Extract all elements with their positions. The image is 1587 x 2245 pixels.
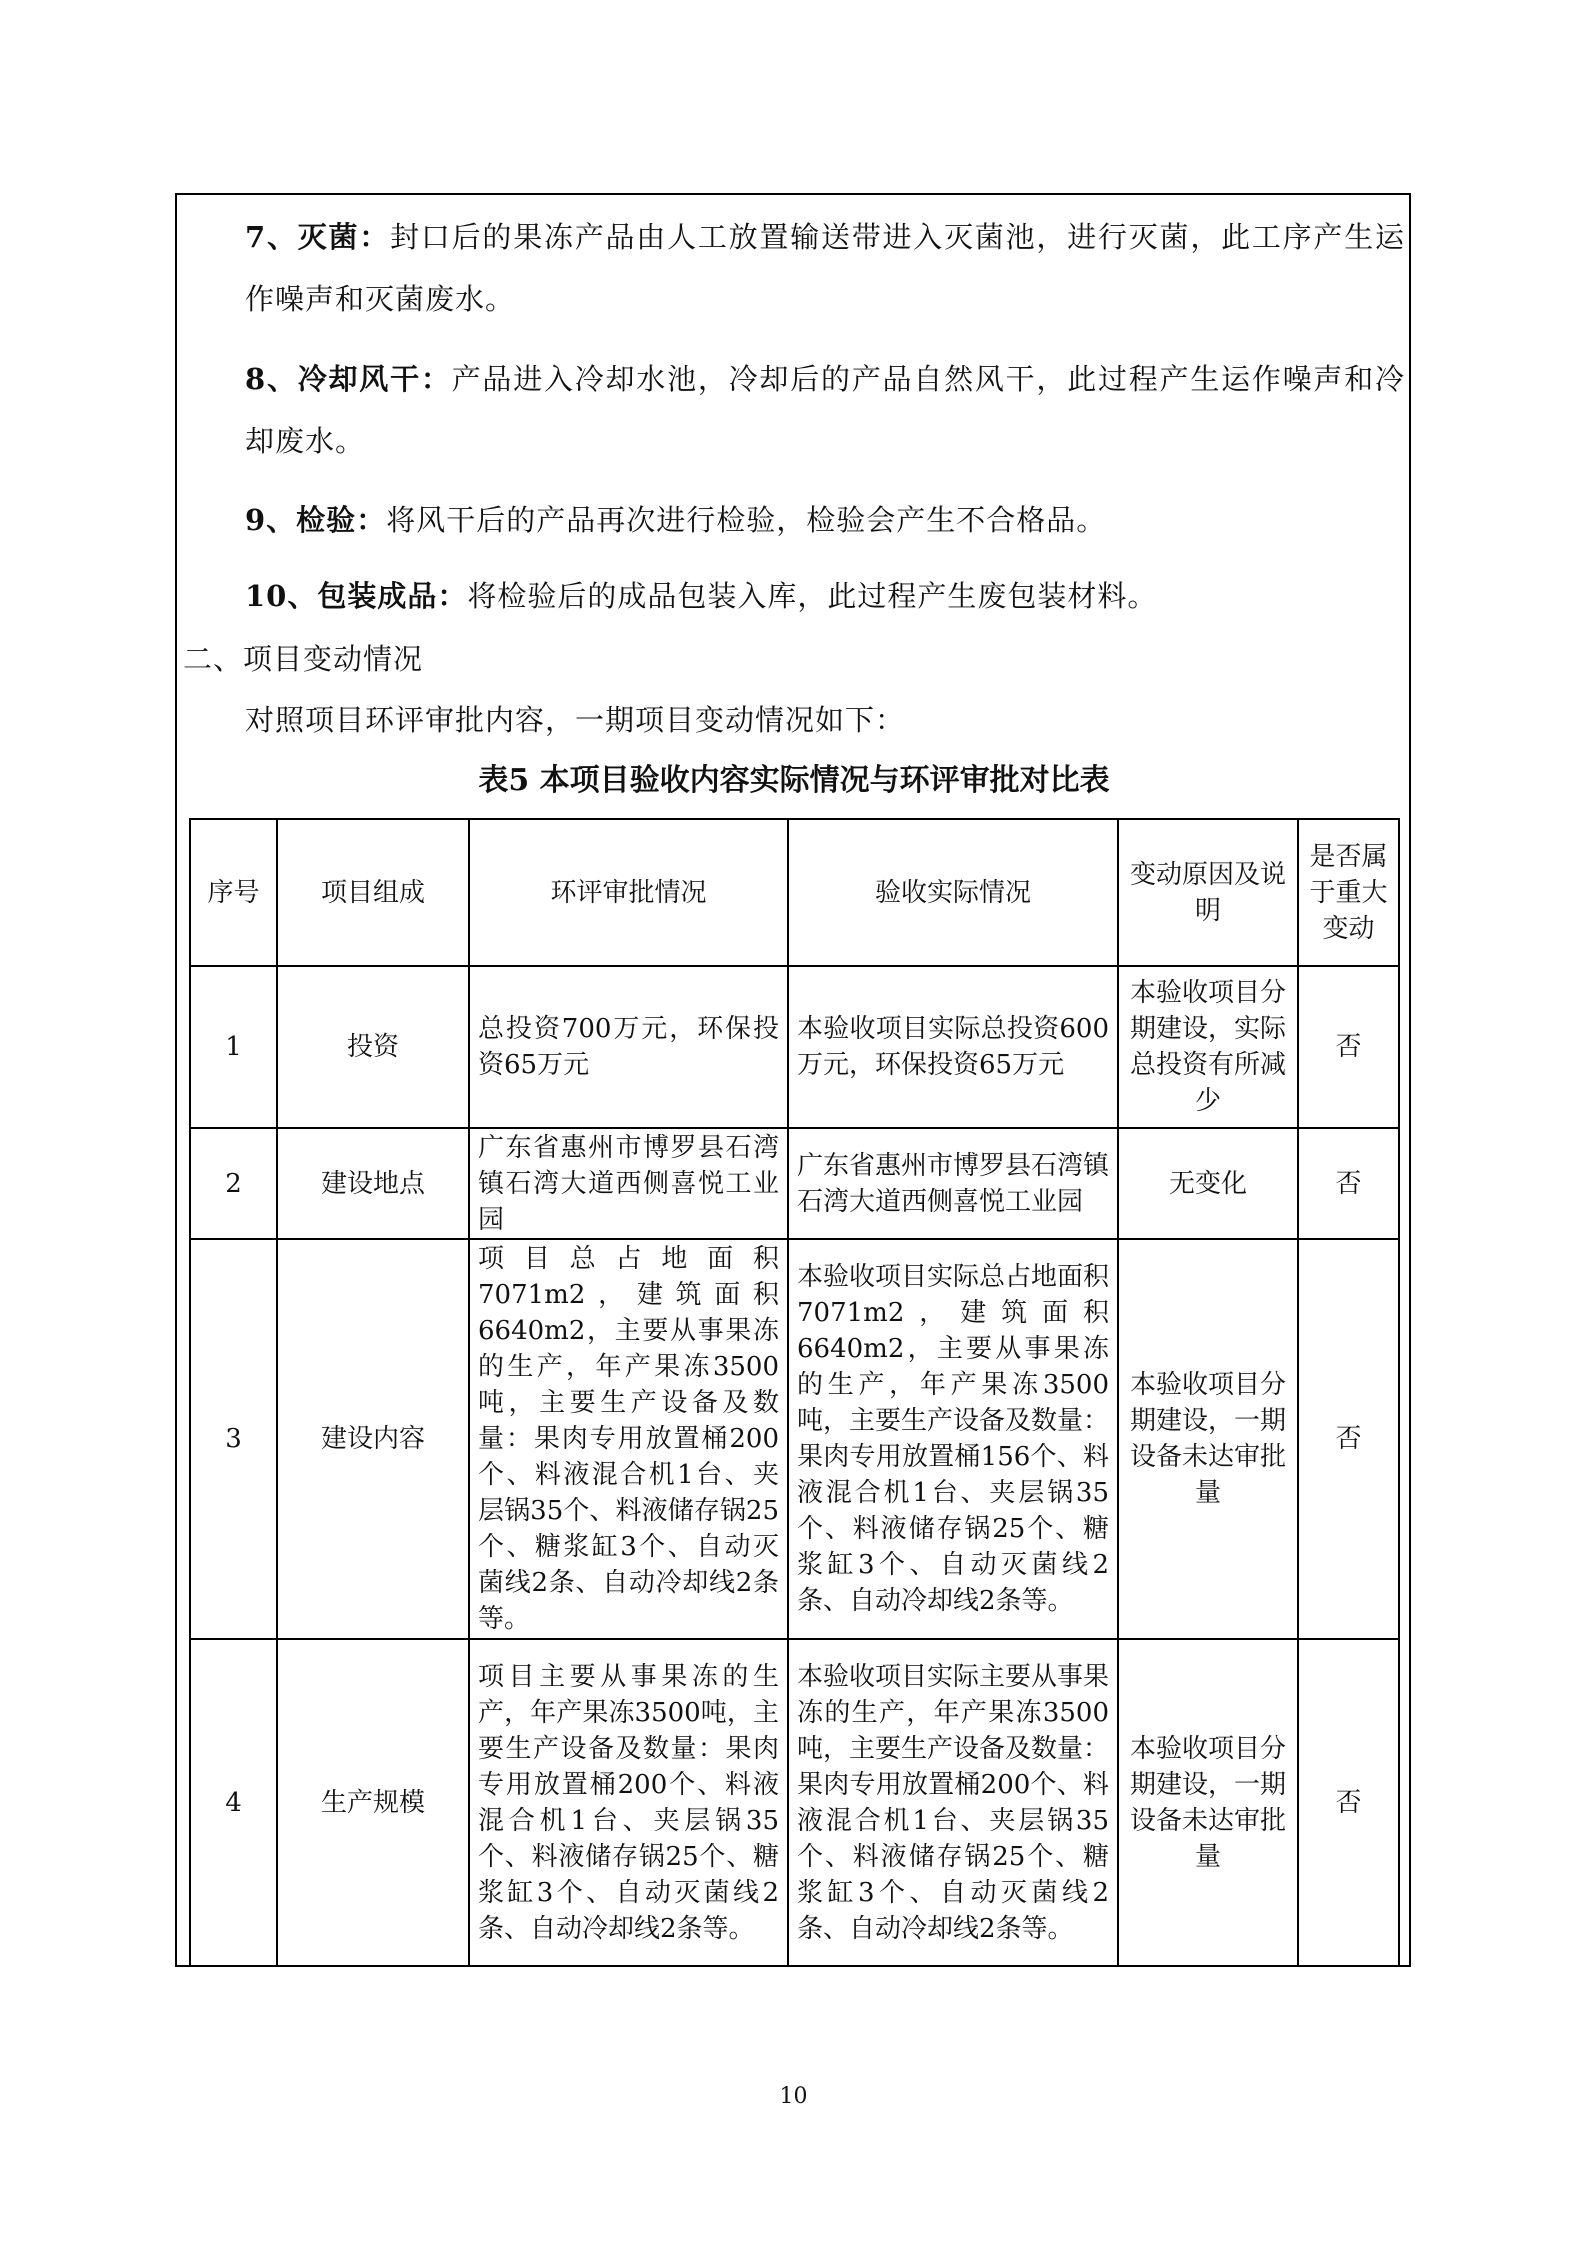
table-row: 4 生产规模 项目主要从事果冻的生产，年产果冻3500吨，主要生产设备及数量：果…: [190, 1639, 1399, 1966]
cell-approved: 项目总占地面积7071m2，建筑面积6640m2，主要从事果冻的生产，年产果冻3…: [469, 1239, 788, 1639]
cell-reason: 无变化: [1118, 1128, 1298, 1239]
step-8-cooling-drying: 8、冷却风干：产品进入冷却水池，冷却后的产品自然风干，此过程产生运作噪声和冷却废…: [183, 348, 1405, 472]
step-text: 将风干后的产品再次进行检验，检验会产生不合格品。: [386, 503, 1106, 537]
cell-component: 投资: [277, 966, 469, 1128]
cell-actual: 本验收项目实际总投资600万元，环保投资65万元: [788, 966, 1118, 1128]
cell-component: 建设地点: [277, 1128, 469, 1239]
step-lead: 10、包装成品：: [245, 579, 467, 613]
cell-no: 2: [190, 1128, 277, 1239]
cell-approved: 总投资700万元，环保投资65万元: [469, 966, 788, 1128]
step-7-sterilization: 7、灭菌：封口后的果冻产品由人工放置输送带进入灭菌池，进行灭菌，此工序产生运作噪…: [183, 206, 1405, 330]
intro-paragraph: 对照项目环评审批内容，一期项目变动情况如下：: [183, 689, 1405, 751]
cell-major: 否: [1298, 1639, 1399, 1966]
cell-approved: 广东省惠州市博罗县石湾镇石湾大道西侧喜悦工业园: [469, 1128, 788, 1239]
cell-reason: 本验收项目分期建设，一期设备未达审批量: [1118, 1239, 1298, 1639]
step-lead: 8、冷却风干：: [245, 362, 452, 396]
cell-reason: 本验收项目分期建设，一期设备未达审批量: [1118, 1639, 1298, 1966]
step-lead: 7、灭菌：: [245, 220, 390, 254]
cell-no: 3: [190, 1239, 277, 1639]
table-row: 1 投资 总投资700万元，环保投资65万元 本验收项目实际总投资600万元，环…: [190, 966, 1399, 1128]
table-caption: 表5 本项目验收内容实际情况与环评审批对比表: [183, 756, 1405, 806]
header-no: 序号: [190, 819, 277, 966]
section-heading: 二、项目变动情况: [183, 628, 1405, 690]
cell-no: 1: [190, 966, 277, 1128]
cell-actual: 本验收项目实际主要从事果冻的生产，年产果冻3500吨，主要生产设备及数量：果肉专…: [788, 1639, 1118, 1966]
header-major-change: 是否属于重大变动: [1298, 819, 1399, 966]
table-row: 3 建设内容 项目总占地面积7071m2，建筑面积6640m2，主要从事果冻的生…: [190, 1239, 1399, 1639]
page-number: 10: [0, 2084, 1587, 2109]
intro-text: 对照项目环评审批内容，一期项目变动情况如下：: [183, 689, 1405, 751]
header-actual: 验收实际情况: [788, 819, 1118, 966]
cell-major: 否: [1298, 966, 1399, 1128]
cell-major: 否: [1298, 1239, 1399, 1639]
step-lead: 9、检验：: [245, 503, 386, 537]
step-10-packaging: 10、包装成品：将检验后的成品包装入库，此过程产生废包装材料。: [183, 565, 1405, 627]
cell-major: 否: [1298, 1128, 1399, 1239]
cell-approved: 项目主要从事果冻的生产，年产果冻3500吨，主要生产设备及数量：果肉专用放置桶2…: [469, 1639, 788, 1966]
comparison-table: 序号 项目组成 环评审批情况 验收实际情况 变动原因及说明 是否属于重大变动 1…: [189, 818, 1400, 1967]
header-reason: 变动原因及说明: [1118, 819, 1298, 966]
cell-actual: 广东省惠州市博罗县石湾镇石湾大道西侧喜悦工业园: [788, 1128, 1118, 1239]
cell-no: 4: [190, 1639, 277, 1966]
step-9-inspection: 9、检验：将风干后的产品再次进行检验，检验会产生不合格品。: [183, 489, 1405, 551]
step-text: 将检验后的成品包装入库，此过程产生废包装材料。: [467, 579, 1157, 613]
header-component: 项目组成: [277, 819, 469, 966]
header-approved: 环评审批情况: [469, 819, 788, 966]
cell-component: 生产规模: [277, 1639, 469, 1966]
table-row: 2 建设地点 广东省惠州市博罗县石湾镇石湾大道西侧喜悦工业园 广东省惠州市博罗县…: [190, 1128, 1399, 1239]
cell-reason: 本验收项目分期建设，实际总投资有所减少: [1118, 966, 1298, 1128]
step-text: 封口后的果冻产品由人工放置输送带进入灭菌池，进行灭菌，此工序产生运作噪声和灭菌废…: [245, 220, 1405, 316]
cell-actual: 本验收项目实际总占地面积7071m2，建筑面积6640m2，主要从事果冻的生产，…: [788, 1239, 1118, 1639]
cell-component: 建设内容: [277, 1239, 469, 1639]
table-header-row: 序号 项目组成 环评审批情况 验收实际情况 变动原因及说明 是否属于重大变动: [190, 819, 1399, 966]
